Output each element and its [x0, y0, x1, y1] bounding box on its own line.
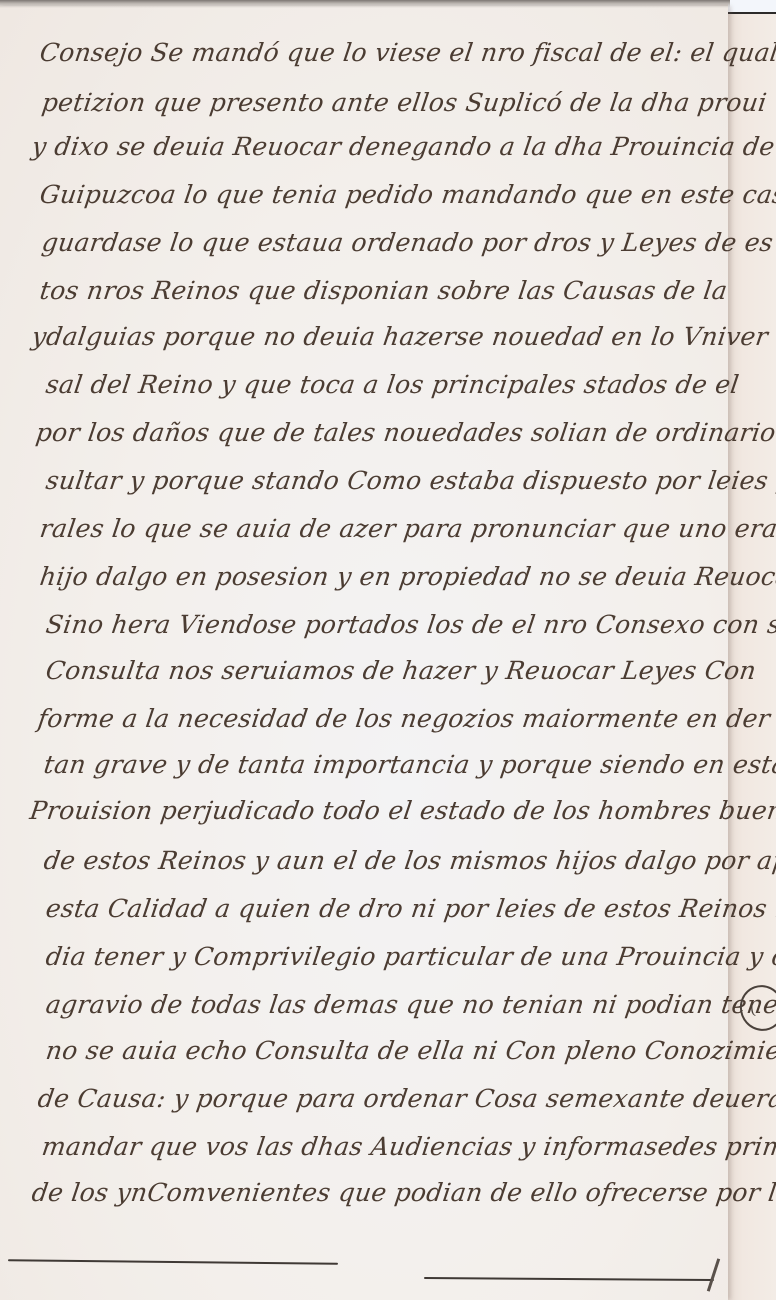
text-line: esta Calidad a quien de dro ni por leies… — [44, 894, 776, 923]
text-line: Sino hera Viendose portados los de el nr… — [44, 610, 776, 639]
text-line: hijo dalgo en posesion y en propiedad no… — [38, 562, 776, 591]
text-line: rales lo que se auia de azer para pronun… — [38, 514, 776, 543]
text-line: de estos Reinos y aun el de los mismos h… — [42, 846, 776, 875]
text-line: de Causa: y porque para ordenar Cosa sem… — [36, 1084, 776, 1113]
text-line: Guipuzcoa lo que tenia pedido mandando q… — [38, 180, 776, 209]
text-line: Consulta nos seruiamos de hazer y Reuoca… — [44, 656, 776, 685]
text-line: de los ynComvenientes que podian de ello… — [30, 1178, 774, 1207]
text-line: dia tener y Comprivilegio particular de … — [44, 942, 776, 971]
text-line: por los daños que de tales nouedades sol… — [34, 418, 776, 447]
page-top-edge — [0, 0, 730, 8]
text-line: sultar y porque stando Como estaba dispu… — [44, 466, 776, 495]
text-line: Consejo Se mandó que lo viese el nro fis… — [38, 38, 776, 67]
text-line: agravio de todas las demas que no tenian… — [44, 990, 776, 1019]
text-line: guardase lo que estaua ordenado por dros… — [40, 228, 776, 257]
manuscript-scan: Consejo Se mandó que lo viese el nro fis… — [0, 0, 776, 1300]
text-line: tan grave y de tanta importancia y porqu… — [42, 750, 776, 779]
scan-background — [728, 0, 776, 14]
text-line: ydalguias porque no deuia hazerse noueda… — [30, 322, 774, 351]
text-line: mandar que vos las dhas Audiencias y inf… — [40, 1132, 776, 1161]
text-line: sal del Reino y que toca a los principal… — [44, 370, 776, 399]
text-line: tos nros Reinos que disponian sobre las … — [38, 276, 776, 305]
text-line: no se auia echo Consulta de ella ni Con … — [44, 1036, 776, 1065]
text-line: y dixo se deuia Reuocar denegando a la d… — [30, 132, 774, 161]
text-line: petizion que presento ante ellos Suplicó… — [40, 88, 776, 117]
text-line: forme a la necesidad de los negozios mai… — [36, 704, 776, 733]
text-line: Prouision perjudicado todo el estado de … — [28, 796, 772, 825]
